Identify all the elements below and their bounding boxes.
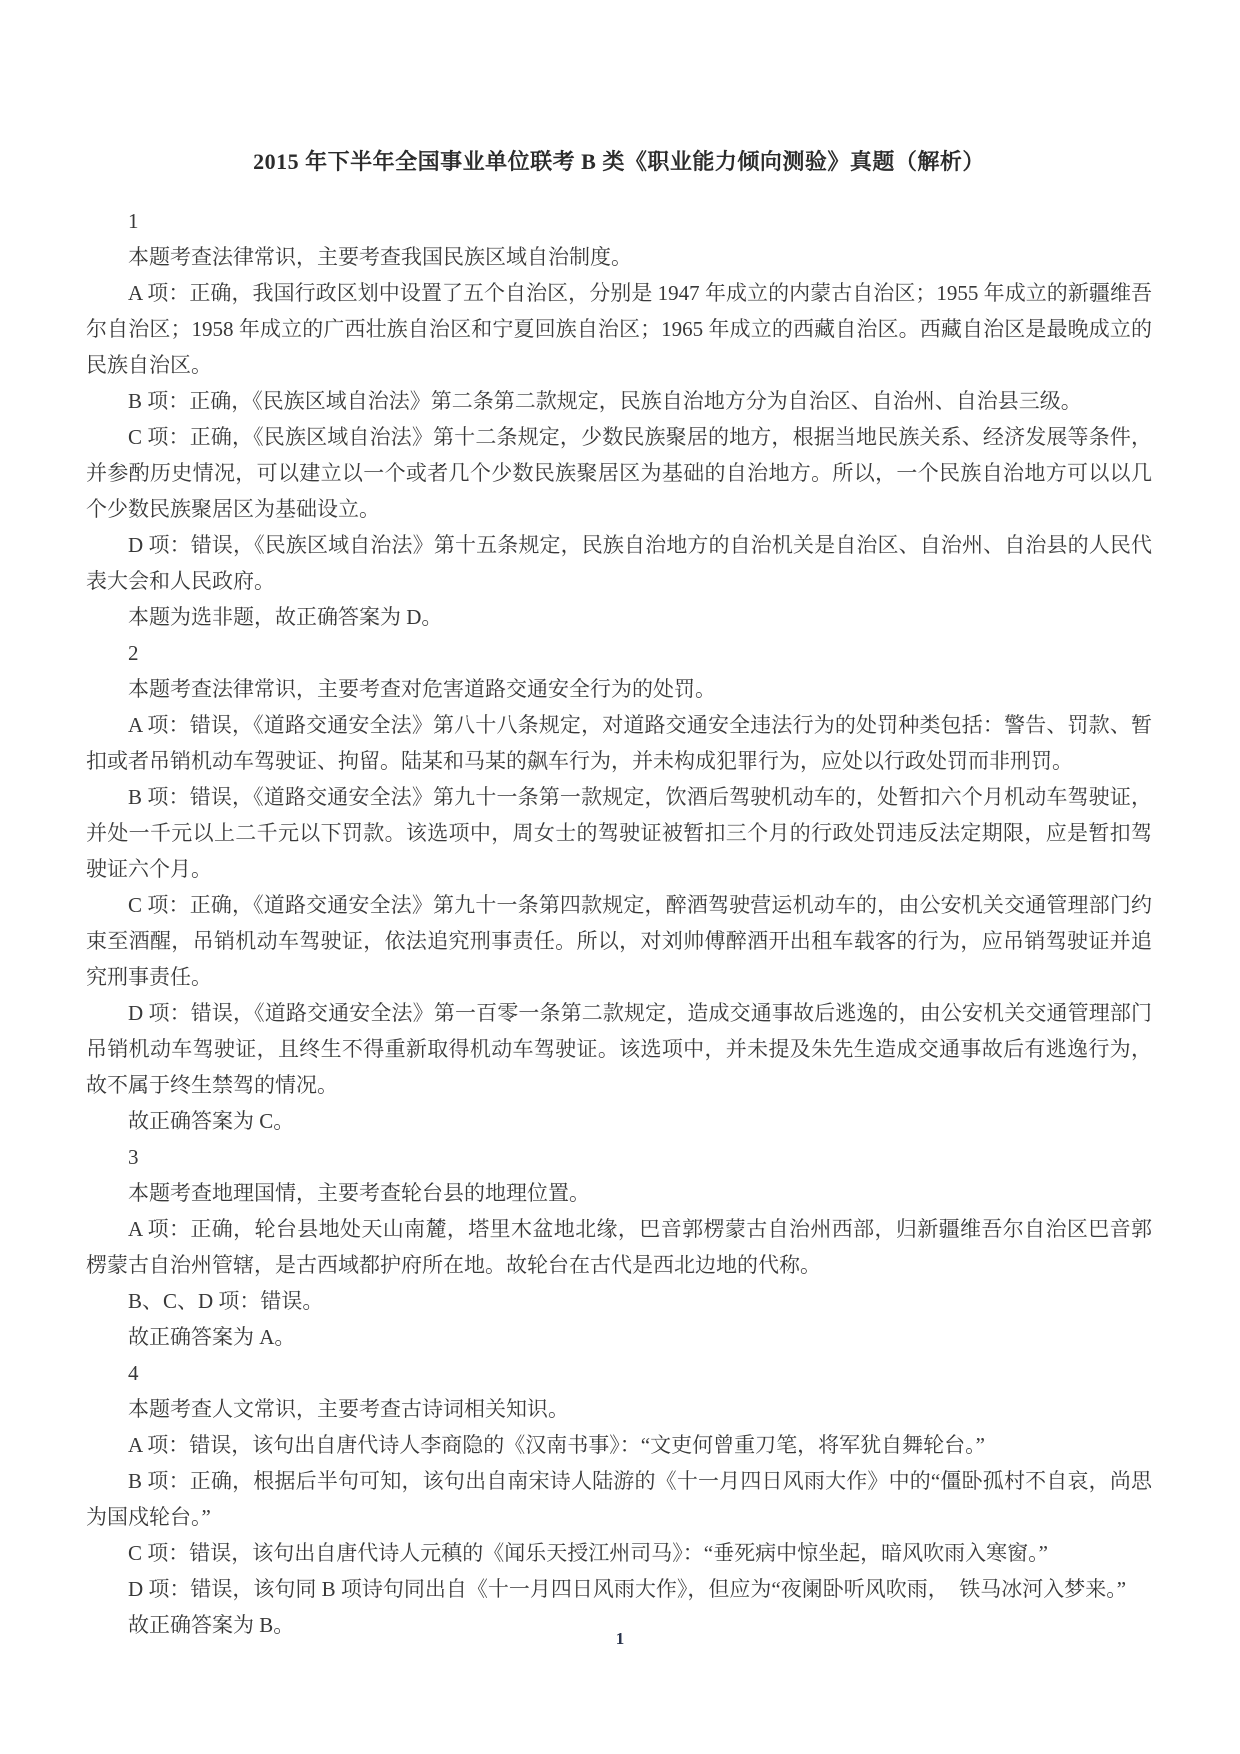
answer-paragraph: A 项：错误，该句出自唐代诗人李商隐的《汉南书事》：“文吏何曾重刀笔，将军犹自舞… bbox=[86, 1427, 1152, 1463]
answer-paragraph: 本题为选非题，故正确答案为 D。 bbox=[86, 599, 1152, 635]
answer-paragraph: 本题考查法律常识，主要考查我国民族区域自治制度。 bbox=[86, 239, 1152, 275]
question-block: 3 本题考查地理国情，主要考查轮台县的地理位置。A 项：正确，轮台县地处天山南麓… bbox=[86, 1139, 1152, 1355]
answer-paragraph: C 项：正确，《民族区域自治法》第十二条规定，少数民族聚居的地方，根据当地民族关… bbox=[86, 419, 1152, 527]
answer-paragraph: 本题考查人文常识，主要考查古诗词相关知识。 bbox=[86, 1391, 1152, 1427]
answer-paragraph: 本题考查法律常识，主要考查对危害道路交通安全行为的处罚。 bbox=[86, 671, 1152, 707]
question-number: 2 bbox=[86, 635, 1152, 671]
answer-paragraph: B、C、D 项：错误。 bbox=[86, 1283, 1152, 1319]
document-body: 1 本题考查法律常识，主要考查我国民族区域自治制度。A 项：正确，我国行政区划中… bbox=[86, 203, 1152, 1643]
question-number: 3 bbox=[86, 1139, 1152, 1175]
page-number: 1 bbox=[0, 1628, 1240, 1650]
question-number: 1 bbox=[86, 203, 1152, 239]
answer-paragraph: A 项：正确，我国行政区划中设置了五个自治区，分别是 1947 年成立的内蒙古自… bbox=[86, 275, 1152, 383]
answer-paragraph: C 项：错误，该句出自唐代诗人元稹的《闻乐天授江州司马》：“垂死病中惊坐起，暗风… bbox=[86, 1535, 1152, 1571]
question-block: 2 本题考查法律常识，主要考查对危害道路交通安全行为的处罚。A 项：错误，《道路… bbox=[86, 635, 1152, 1139]
question-block: 1 本题考查法律常识，主要考查我国民族区域自治制度。A 项：正确，我国行政区划中… bbox=[86, 203, 1152, 635]
document-title: 2015 年下半年全国事业单位联考 B 类《职业能力倾向测验》真题（解析） bbox=[86, 147, 1152, 177]
document-page: 2015 年下半年全国事业单位联考 B 类《职业能力倾向测验》真题（解析） 1 … bbox=[0, 0, 1240, 1754]
answer-paragraph: D 项：错误，该句同 B 项诗句同出自《十一月四日风雨大作》，但应为“夜阑卧听风… bbox=[86, 1571, 1152, 1607]
answer-paragraph: D 项：错误，《道路交通安全法》第一百零一条第二款规定，造成交通事故后逃逸的，由… bbox=[86, 995, 1152, 1103]
answer-paragraph: 本题考查地理国情，主要考查轮台县的地理位置。 bbox=[86, 1175, 1152, 1211]
answer-paragraph: D 项：错误，《民族区域自治法》第十五条规定，民族自治地方的自治机关是自治区、自… bbox=[86, 527, 1152, 599]
answer-paragraph: C 项：正确，《道路交通安全法》第九十一条第四款规定，醉酒驾驶营运机动车的，由公… bbox=[86, 887, 1152, 995]
answer-paragraph: B 项：正确，根据后半句可知，该句出自南宋诗人陆游的《十一月四日风雨大作》中的“… bbox=[86, 1463, 1152, 1535]
question-block: 4 本题考查人文常识，主要考查古诗词相关知识。A 项：错误，该句出自唐代诗人李商… bbox=[86, 1355, 1152, 1643]
answer-paragraph: B 项：错误，《道路交通安全法》第九十一条第一款规定，饮酒后驾驶机动车的，处暂扣… bbox=[86, 779, 1152, 887]
answer-paragraph: A 项：错误，《道路交通安全法》第八十八条规定，对道路交通安全违法行为的处罚种类… bbox=[86, 707, 1152, 779]
answer-paragraph: A 项：正确，轮台县地处天山南麓，塔里木盆地北缘，巴音郭楞蒙古自治州西部，归新疆… bbox=[86, 1211, 1152, 1283]
answer-paragraph: 故正确答案为 C。 bbox=[86, 1103, 1152, 1139]
answer-paragraph: B 项：正确，《民族区域自治法》第二条第二款规定，民族自治地方分为自治区、自治州… bbox=[86, 383, 1152, 419]
question-number: 4 bbox=[86, 1355, 1152, 1391]
answer-paragraph: 故正确答案为 A。 bbox=[86, 1319, 1152, 1355]
